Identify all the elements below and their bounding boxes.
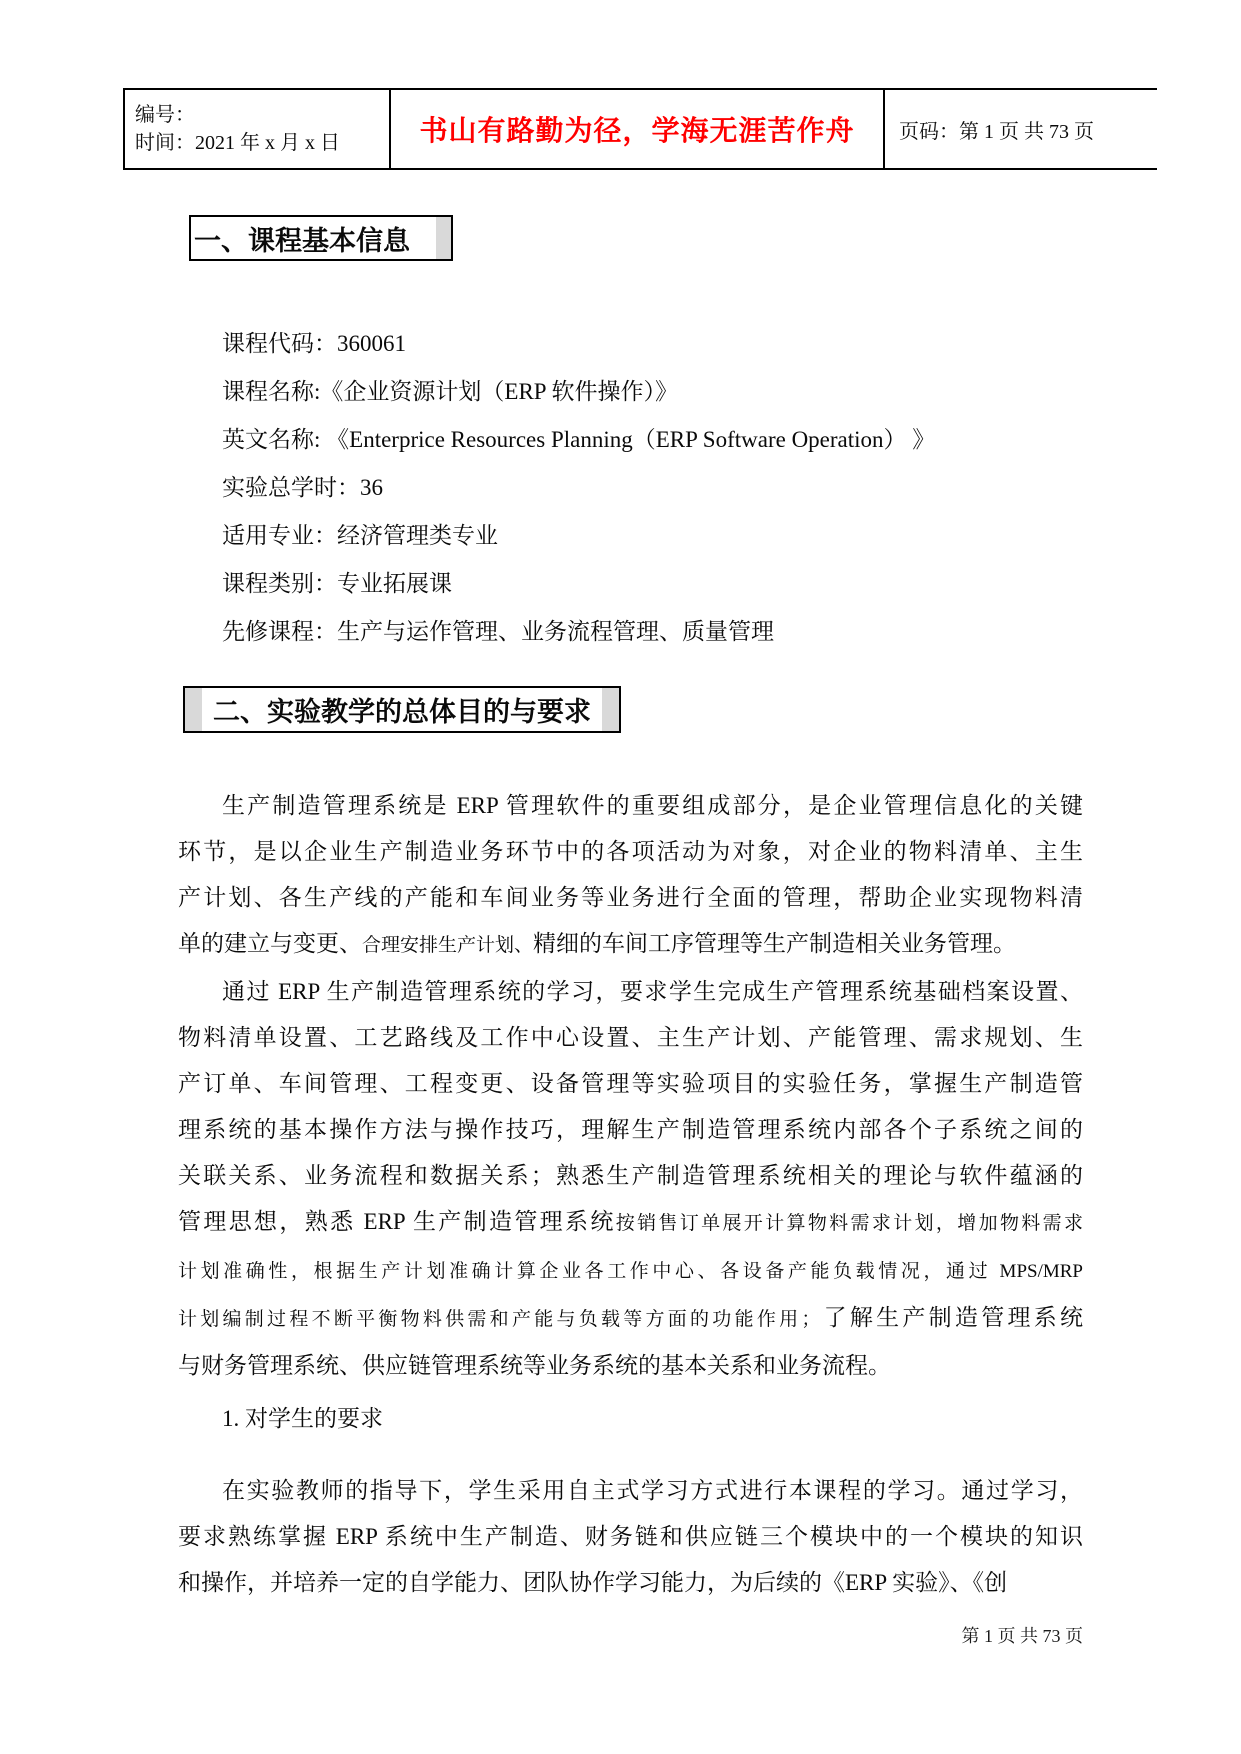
info-line: 课程名称:《企业资源计划（ERP 软件操作）》	[178, 368, 1083, 416]
subheading: 1. 对学生的要求	[222, 1396, 383, 1442]
info-line: 英文名称: 《Enterprice Resources Planning（ERP…	[178, 416, 1083, 464]
paragraph-line: 产计划、各生产线的产能和车间业务等业务进行全面的管理，帮助企业实现物料清	[178, 875, 1083, 921]
paragraph-line: 和操作，并培养一定的自学能力、团队协作学习能力，为后续的《ERP 实验》、《创	[178, 1560, 1083, 1606]
page-footer: 第 1 页 共 73 页	[178, 1622, 1083, 1648]
text-run-small: 计划编制过程不断平衡物料供需和产能与负载等方面的功能作用；	[178, 1309, 820, 1330]
text-run: 产订单、车间管理、工程变更、设备管理等实验项目的实验任务，掌握生产制造管	[178, 1071, 1083, 1096]
text-run: 产计划、各生产线的产能和车间业务等业务进行全面的管理，帮助企业实现物料清	[178, 885, 1083, 910]
heading-2-shade-right	[602, 688, 619, 731]
text-run-small: 按销售订单展开计算物料需求计划，增加物料需求	[616, 1213, 1083, 1234]
info-line: 课程代码：360061	[178, 320, 1083, 368]
section-heading-2-text: 二、实验教学的总体目的与要求	[202, 688, 602, 731]
header-page-label: 页码：第 1 页 共 73 页	[899, 115, 1157, 144]
text-run: 理系统的基本操作方法与操作技巧，理解生产制造管理系统内部各个子系统之间的	[178, 1117, 1083, 1142]
document-page: 编号： 时间：2021 年 x 月 x 日 书山有路勤为径，学海无涯苦作舟 页码…	[0, 0, 1241, 1754]
header-motto-cell: 书山有路勤为径，学海无涯苦作舟	[391, 90, 885, 168]
text-run: 和操作，并培养一定的自学能力、团队协作学习能力，为后续的《ERP 实验》、《创	[178, 1570, 1007, 1595]
paragraph-line: 通过 ERP 生产制造管理系统的学习，要求学生完成生产管理系统基础档案设置、	[178, 969, 1083, 1015]
paragraph-line: 在实验教师的指导下，学生采用自主式学习方式进行本课程的学习。通过学习，	[178, 1468, 1083, 1514]
text-run-small: 合理安排生产计划、	[362, 935, 533, 956]
text-run: 物料清单设置、工艺路线及工作中心设置、主生产计划、产能管理、需求规划、生	[178, 1025, 1083, 1050]
heading-2-shade-left	[185, 688, 202, 731]
course-info: 课程代码：360061课程名称:《企业资源计划（ERP 软件操作）》英文名称: …	[178, 320, 1083, 656]
text-run: 单的建立与变更、	[178, 931, 362, 956]
text-run: 通过 ERP 生产制造管理系统的学习，要求学生完成生产管理系统基础档案设置、	[222, 979, 1083, 1004]
text-run: 了解生产制造管理系统	[820, 1305, 1083, 1330]
paragraph-line: 环节，是以企业生产制造业务环节中的各项活动为对象，对企业的物料清单、主生	[178, 829, 1083, 875]
paragraph-line: 单的建立与变更、合理安排生产计划、精细的车间工序管理等生产制造相关业务管理。	[178, 921, 1083, 969]
paragraph-line: 与财务管理系统、供应链管理系统等业务系统的基本关系和业务流程。	[178, 1343, 1083, 1389]
paragraph-line: 关联关系、业务流程和数据关系；熟悉生产制造管理系统相关的理论与软件蕴涵的	[178, 1153, 1083, 1199]
heading-1-shade-right	[436, 217, 451, 259]
paragraph-line: 理系统的基本操作方法与操作技巧，理解生产制造管理系统内部各个子系统之间的	[178, 1107, 1083, 1153]
paragraph-line: 产订单、车间管理、工程变更、设备管理等实验项目的实验任务，掌握生产制造管	[178, 1061, 1083, 1107]
text-run: 环节，是以企业生产制造业务环节中的各项活动为对象，对企业的物料清单、主生	[178, 839, 1083, 864]
paragraph-line: 计划准确性，根据生产计划准确计算企业各工作中心、各设备产能负载情况，通过 MPS…	[178, 1247, 1083, 1295]
section-heading-1-text: 一、课程基本信息	[191, 217, 436, 259]
text-run: 与财务管理系统、供应链管理系统等业务系统的基本关系和业务流程。	[178, 1353, 891, 1378]
text-run: 关联关系、业务流程和数据关系；熟悉生产制造管理系统相关的理论与软件蕴涵的	[178, 1163, 1083, 1188]
paragraph-line: 计划编制过程不断平衡物料供需和产能与负载等方面的功能作用；了解生产制造管理系统	[178, 1295, 1083, 1343]
paragraph-line: 物料清单设置、工艺路线及工作中心设置、主生产计划、产能管理、需求规划、生	[178, 1015, 1083, 1061]
header-number-label: 编号：	[135, 101, 379, 129]
paragraph-line: 要求熟练掌握 ERP 系统中生产制造、财务链和供应链三个模块中的一个模块的知识	[178, 1514, 1083, 1560]
text-run: 在实验教师的指导下，学生采用自主式学习方式进行本课程的学习。通过学习，	[222, 1478, 1083, 1503]
section-heading-2: 二、实验教学的总体目的与要求	[183, 686, 621, 733]
paragraph-line: 管理思想，熟悉 ERP 生产制造管理系统按销售订单展开计算物料需求计划，增加物料…	[178, 1199, 1083, 1247]
text-run: 生产制造管理系统是 ERP 管理软件的重要组成部分，是企业管理信息化的关键	[222, 793, 1083, 818]
paragraphs-main: 生产制造管理系统是 ERP 管理软件的重要组成部分，是企业管理信息化的关键环节，…	[178, 783, 1083, 1389]
header-left-cell: 编号： 时间：2021 年 x 月 x 日	[125, 90, 391, 168]
info-line: 适用专业：经济管理类专业	[178, 512, 1083, 560]
footer-page-number: 第 1 页 共 73 页	[962, 1626, 1084, 1646]
header-table: 编号： 时间：2021 年 x 月 x 日 书山有路勤为径，学海无涯苦作舟 页码…	[123, 88, 1157, 170]
text-run: 要求熟练掌握 ERP 系统中生产制造、财务链和供应链三个模块中的一个模块的知识	[178, 1524, 1083, 1549]
header-page-cell: 页码：第 1 页 共 73 页	[885, 90, 1157, 168]
text-run: 管理思想，熟悉 ERP 生产制造管理系统	[178, 1209, 616, 1234]
header-motto: 书山有路勤为径，学海无涯苦作舟	[419, 109, 854, 149]
info-line: 课程类别：专业拓展课	[178, 560, 1083, 608]
section-heading-1: 一、课程基本信息	[189, 215, 453, 261]
text-run-small: 计划准确性，根据生产计划准确计算企业各工作中心、各设备产能负载情况，通过 MPS…	[178, 1261, 1083, 1282]
info-line: 实验总学时：36	[178, 464, 1083, 512]
paragraph-line: 生产制造管理系统是 ERP 管理软件的重要组成部分，是企业管理信息化的关键	[178, 783, 1083, 829]
paragraphs-bottom: 在实验教师的指导下，学生采用自主式学习方式进行本课程的学习。通过学习，要求熟练掌…	[178, 1468, 1083, 1606]
text-run: 精细的车间工序管理等生产制造相关业务管理。	[533, 931, 1016, 956]
info-line: 先修课程：生产与运作管理、业务流程管理、质量管理	[178, 608, 1083, 656]
header-time-label: 时间：2021 年 x 月 x 日	[135, 129, 379, 157]
